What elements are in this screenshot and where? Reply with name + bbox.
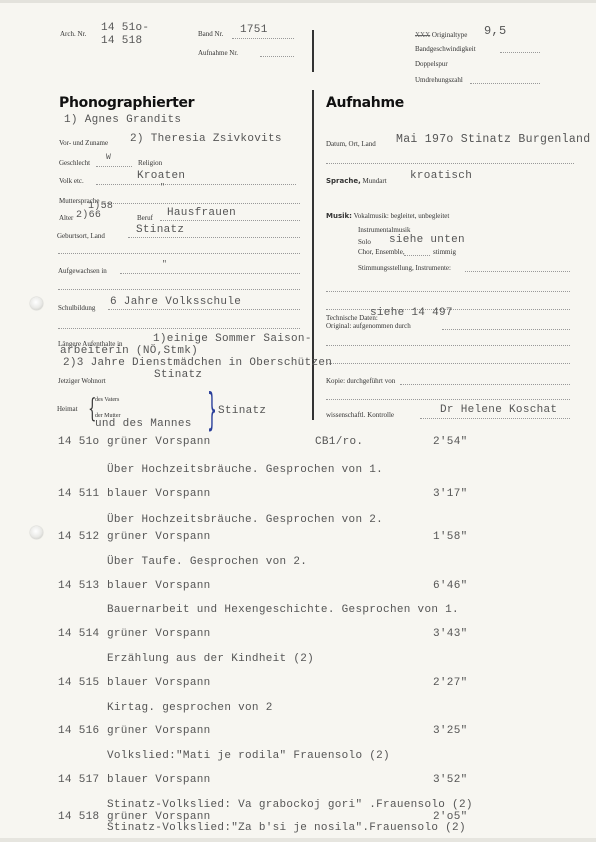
aufenthalte-value-3: 2)3 Jahre Dienstmädchen in Oberschützen (63, 357, 332, 369)
recording-duration: 2'54" (433, 436, 468, 448)
volk-value: Kroaten (137, 170, 185, 182)
wohnort-label: Jetziger Wohnort (58, 377, 106, 385)
recording-leader: grüner Vorspann (107, 628, 211, 640)
alter-value-2: 2)66 (76, 210, 101, 221)
name-label: Vor- und Zuname (59, 139, 108, 147)
recording-duration: 3'52" (433, 774, 468, 786)
recording-description: Über Hochzeitsbräuche. Gesprochen von 1. (107, 464, 383, 476)
geburtsort-ditto: " (162, 260, 167, 269)
datum-label: Datum, Ort, Land (326, 140, 376, 148)
aufnahme-nr-label: Aufnahme Nr. (198, 49, 238, 57)
recording-leader: blauer Vorspann (107, 580, 211, 592)
musik-chor-label: Chor, Ensemble, (358, 248, 405, 256)
religion-label: Religion (138, 159, 162, 167)
recording-leader: blauer Vorspann (107, 488, 211, 500)
umdrehungszahl-label: Umdrehungszahl (415, 76, 463, 84)
volk-ditto: " (160, 183, 165, 192)
recording-duration: 6'46" (433, 580, 468, 592)
recording-id: 14 513 (58, 580, 99, 592)
page-bottom-edge (0, 838, 596, 842)
musik-label: Musik: Vokalmusik: begleitet, unbegleite… (326, 212, 449, 220)
alter-label: Alter (59, 214, 73, 222)
musik-solo-value: siehe unten (389, 234, 465, 246)
recording-id: 14 51o (58, 436, 99, 448)
schulbildung-value: 6 Jahre Volksschule (110, 296, 241, 308)
schulbildung-label: Schulbildung (58, 304, 95, 312)
arch-nr-value-2: 14 518 (101, 35, 142, 47)
doppelspur-label: Doppelspur (415, 60, 448, 68)
band-nr-value: 1751 (240, 24, 268, 36)
kontrolle-label: wissenschaftl. Kontrolle (326, 411, 394, 419)
sprache-value: kroatisch (410, 170, 472, 182)
musik-stimmig-label: stimmig (433, 248, 456, 256)
recording-leader: grüner Vorspann (107, 725, 211, 737)
bandgeschwindigkeit-label: Bandgeschwindigkeit (415, 45, 476, 53)
sprache-label: Sprache, Mundart (326, 177, 387, 185)
heimat-mannes-value: und des Mannes (95, 418, 192, 430)
band-nr-label: Band Nr. (198, 30, 223, 38)
kontrolle-value: Dr Helene Koschat (440, 404, 557, 416)
recording-leader: grüner Vorspann (107, 436, 211, 448)
speaker-name-2: 2) Theresia Zsivkovits (130, 133, 282, 145)
recording-duration: 3'43" (433, 628, 468, 640)
geburtsort-label: Geburtsort, Land (57, 232, 105, 240)
original-type-value: 9,5 (484, 24, 507, 38)
geschlecht-label: Geschlecht (59, 159, 90, 167)
beruf-label: Beruf (137, 214, 153, 222)
recording-id: 14 517 (58, 774, 99, 786)
recording-duration: 1'58" (433, 531, 468, 543)
recording-leader: grüner Vorspann (107, 531, 211, 543)
heimat-vater-label: des Vaters (95, 397, 119, 403)
wohnort-value: Stinatz (154, 369, 202, 381)
recording-id: 14 516 (58, 725, 99, 737)
recording-duration: 3'25" (433, 725, 468, 737)
datum-value: Mai 197o Stinatz Burgenland (396, 133, 590, 146)
musik-instrumental-label: Instrumentalmusik (358, 226, 411, 234)
recording-description: Über Taufe. Gesprochen von 2. (107, 556, 307, 568)
aufenthalte-value-2: arbeiterin (NÖ,Stmk) (60, 345, 198, 357)
recording-duration: 2'27" (433, 677, 468, 689)
punch-hole-bottom (30, 526, 43, 539)
recording-id: 14 512 (58, 531, 99, 543)
recording-id: 14 515 (58, 677, 99, 689)
beruf-value: Hausfrauen (167, 207, 236, 219)
recording-extra: CB1/ro. (315, 436, 363, 448)
original-type-label: XXX Originaltype (415, 31, 467, 39)
heimat-value: Stinatz (218, 405, 266, 417)
recording-section-title: Aufnahme (326, 95, 404, 111)
aufenthalte-value-1: 1)einige Sommer Saison- (153, 333, 312, 345)
heimat-label: Heimat (57, 405, 78, 413)
punch-hole-top (30, 297, 43, 310)
recording-description: Kirtag. gesprochen von 2 (107, 702, 273, 714)
recording-duration: 3'17" (433, 488, 468, 500)
technische-value: siehe 14 497 (370, 307, 453, 319)
column-divider (312, 30, 314, 72)
arch-nr-label: Arch. Nr. (60, 30, 86, 38)
recording-description: Volkslied:"Mati je rodila" Frauensolo (2… (107, 750, 390, 762)
recording-description: Über Hochzeitsbräuche. Gesprochen von 2. (107, 514, 383, 526)
aufgewachsen-label: Aufgewachsen in (58, 267, 107, 275)
recording-description: Stinatz-Volkslied: Va grabockoj gori" .F… (107, 799, 473, 811)
volk-label: Volk etc. (59, 177, 84, 185)
geschlecht-value: W (106, 153, 111, 162)
original-label: Original: aufgenommen durch (326, 322, 411, 330)
musik-stimmung-label: Stimmungsstellung, Instrumente: (358, 264, 451, 272)
geburtsort-value: Stinatz (136, 224, 184, 236)
recording-description: Stinatz-Volkslied:"Za b'si je nosila".Fr… (107, 822, 466, 834)
recording-leader: blauer Vorspann (107, 774, 211, 786)
speaker-name-1: 1) Agnes Grandits (64, 114, 181, 126)
column-divider (312, 90, 314, 420)
recording-leader: blauer Vorspann (107, 677, 211, 689)
recording-description: Erzählung aus der Kindheit (2) (107, 653, 314, 665)
recording-id: 14 511 (58, 488, 99, 500)
page-top-edge (0, 0, 596, 3)
heimat-bracket-icon: } (207, 388, 217, 432)
arch-nr-value: 14 51o- (101, 22, 149, 34)
recording-description: Bauernarbeit und Hexengeschichte. Gespro… (107, 604, 459, 616)
recording-id: 14 514 (58, 628, 99, 640)
musik-solo-label: Solo (358, 238, 371, 246)
recording-id: 14 518 (58, 811, 99, 823)
kopie-label: Kopie: durchgeführt von (326, 377, 395, 385)
speaker-section-title: Phonographierter (59, 95, 194, 111)
